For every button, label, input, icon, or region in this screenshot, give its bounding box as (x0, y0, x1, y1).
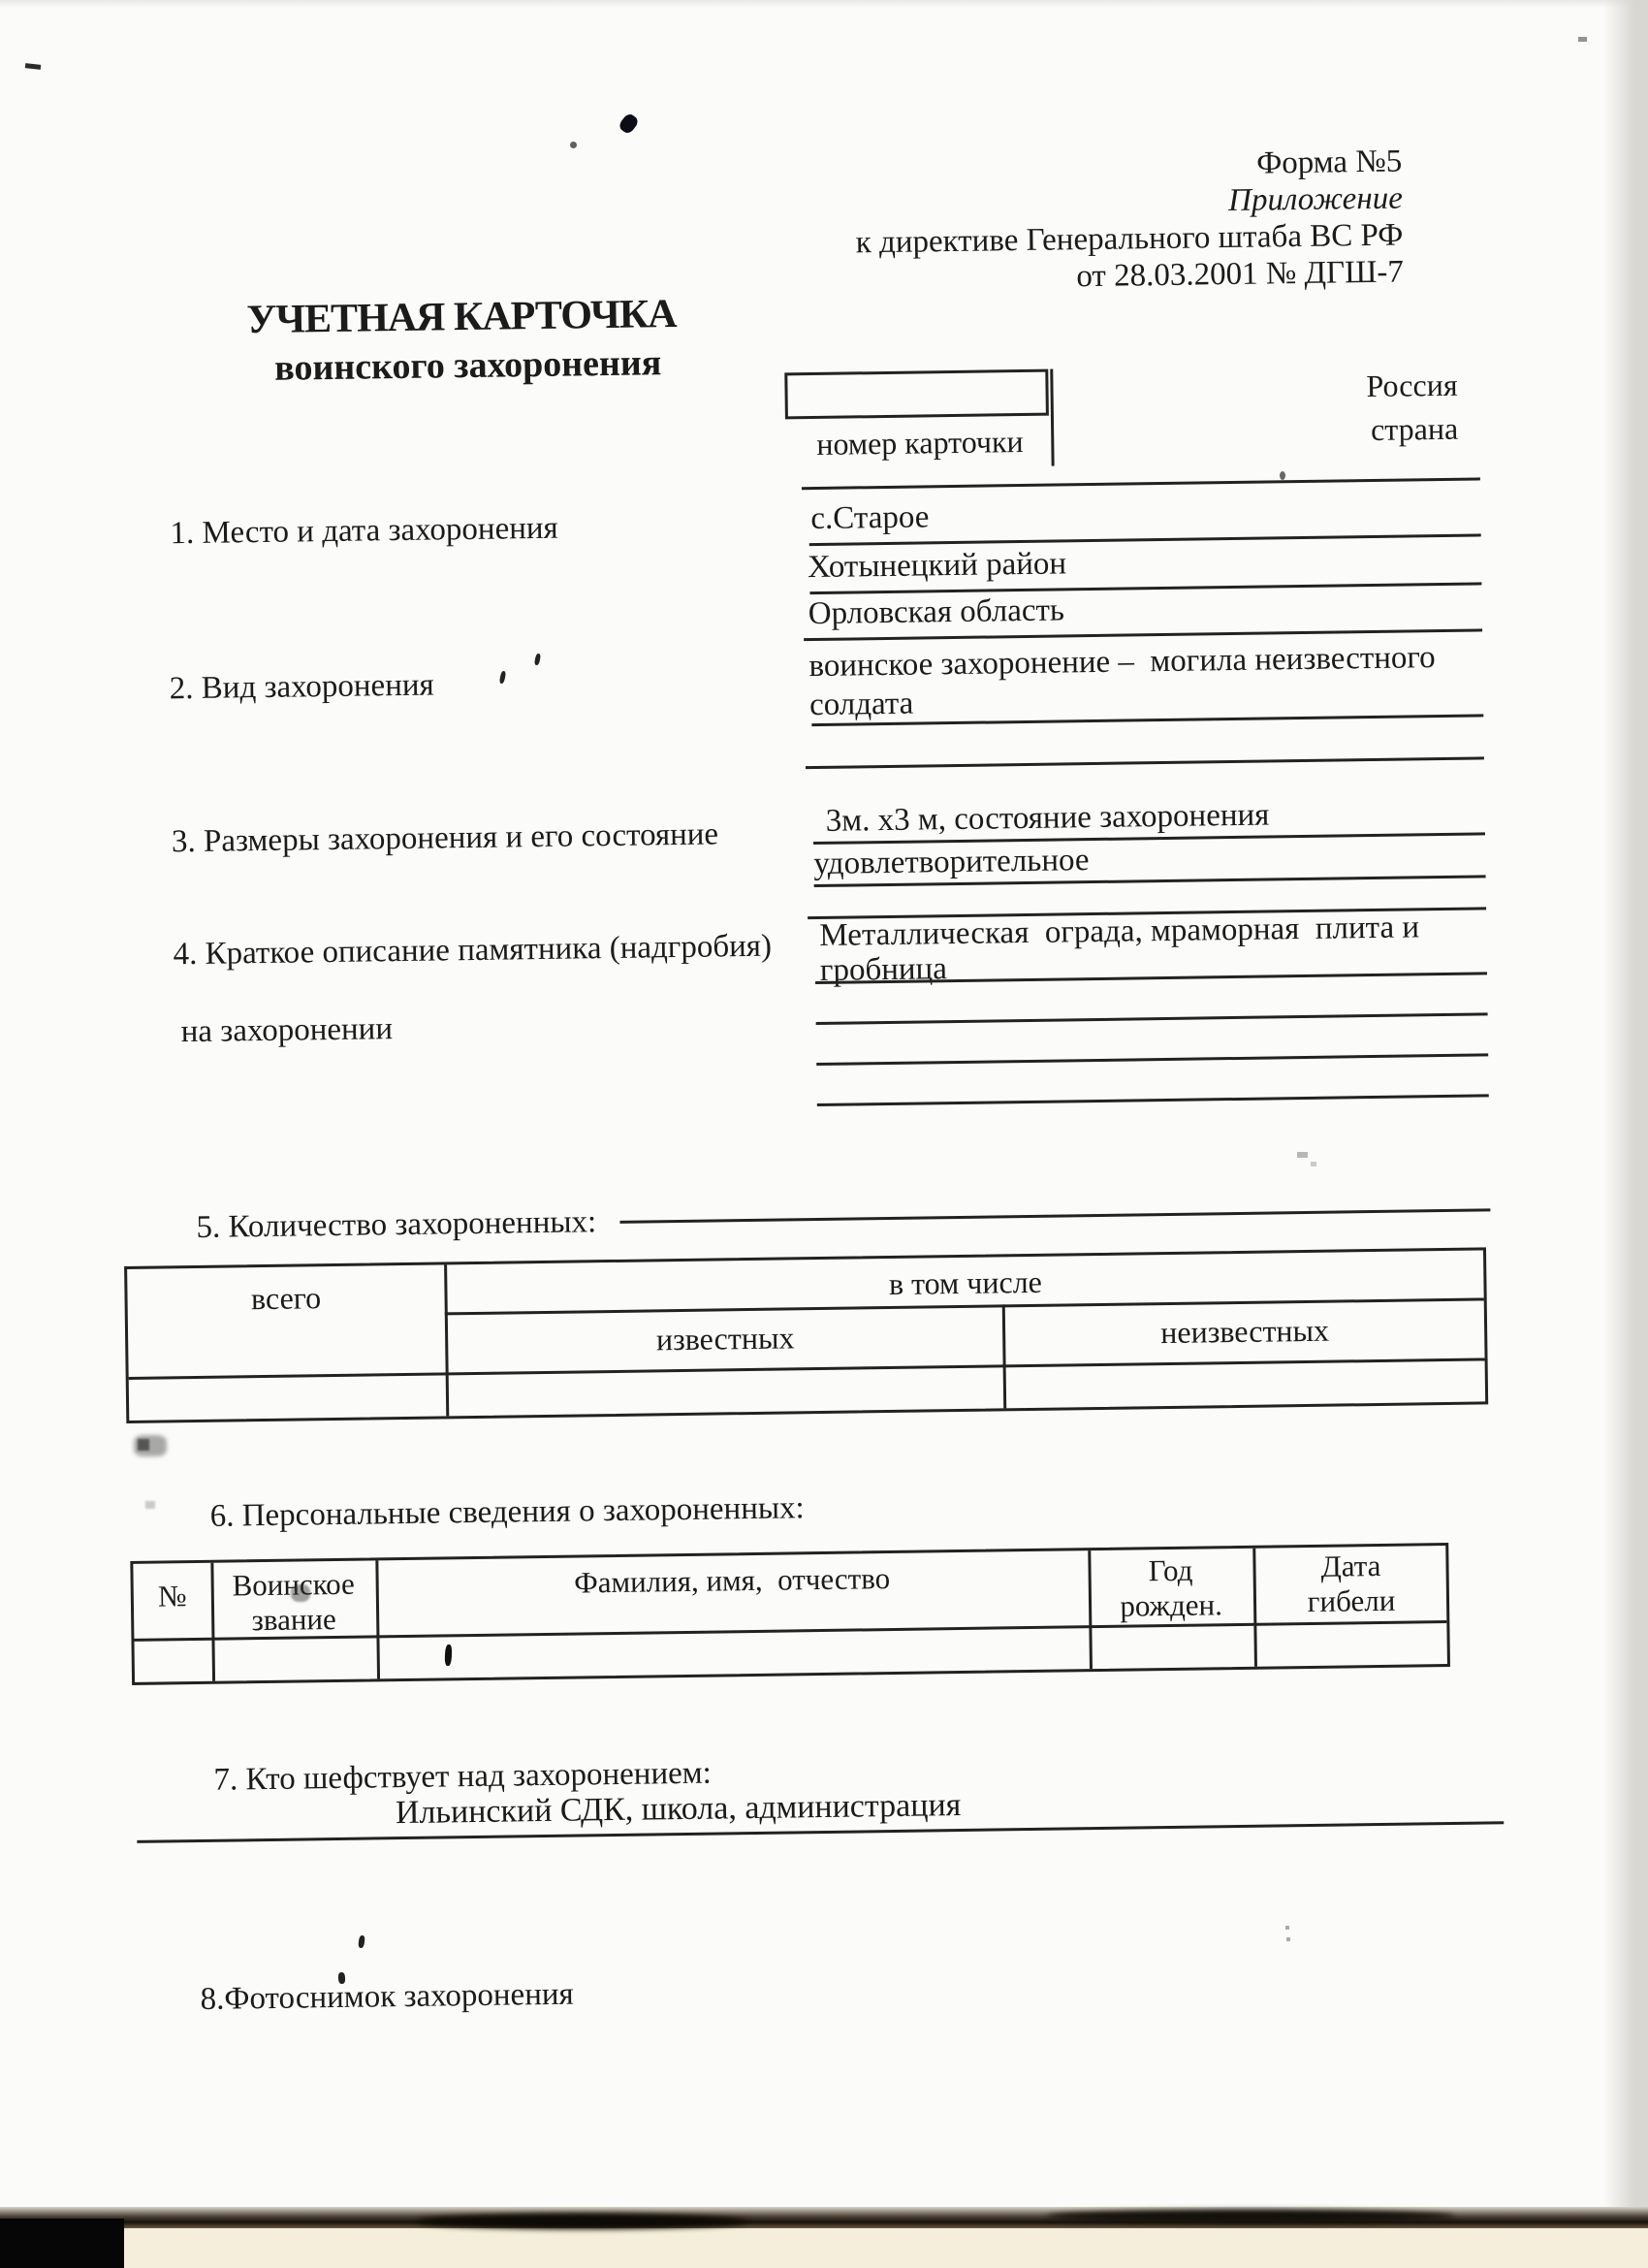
scan-bottom-strip (0, 2225, 1648, 2268)
form-content: Форма №5 Приложение к директиве Генераль… (0, 0, 1648, 2268)
field-type-label: 2. Вид захоронения (170, 667, 434, 709)
rule-line (816, 1012, 1488, 1025)
place-value-2: Хотынецкий район (808, 545, 1066, 587)
field-photo-label: 8.Фотоснимок захоронения (200, 1976, 574, 2019)
field-place-label: 1. Место и дата захоронения (170, 510, 558, 554)
personal-header-birth-1: Год (1091, 1552, 1250, 1589)
ink-speck (1297, 1152, 1308, 1158)
ink-speck (1280, 471, 1285, 480)
size-value-1: 3м. х3 м, состояние захоронения (825, 796, 1269, 840)
personal-header-death-2: гибели (1256, 1582, 1446, 1620)
scan-right-edge (1603, 0, 1648, 2268)
count-cell-unknown (1006, 1364, 1485, 1406)
page-title: УЧЕТНАЯ КАРТОЧКА (246, 291, 677, 345)
scan-edge-shadow (1047, 2210, 1454, 2222)
personal-header-death-1: Дата (1255, 1548, 1445, 1585)
corner-note: Форма №5 Приложение к директиве Генераль… (801, 144, 1404, 300)
field-personal-label: 6. Персональные сведения о захороненных: (209, 1489, 805, 1535)
ink-speck (1311, 1162, 1316, 1166)
field-count-label: 5. Количество захороненных: (196, 1203, 596, 1247)
scan-top-edge (0, 0, 1648, 8)
card-number-label: номер карточки (816, 424, 1024, 463)
type-value-2: солдата (809, 686, 914, 724)
field-monument-label-2: на захоронении (180, 1010, 393, 1051)
place-value-3: Орловская область (808, 591, 1064, 633)
ink-smudge (291, 1584, 310, 1602)
personal-table: № Воинское звание Фамилия, имя, отчество… (130, 1543, 1450, 1685)
card-number-box-tick (1050, 369, 1054, 466)
country-value: Россия (1224, 364, 1458, 410)
rule-line (816, 1053, 1488, 1066)
count-cell-known (449, 1371, 1003, 1414)
country-label: страна (1225, 407, 1459, 454)
personal-header-rank-2: звание (214, 1601, 373, 1638)
personal-cell-death (1256, 1627, 1446, 1663)
personal-header-no: № (134, 1579, 211, 1614)
scan-edge-shadow (417, 2214, 746, 2229)
monument-value-2: гробница (820, 950, 947, 990)
ink-speck (145, 1501, 155, 1509)
count-header-unknown: неизвестных (1005, 1310, 1484, 1353)
ink-speck (1285, 1926, 1289, 1930)
personal-cell-birth (1092, 1630, 1251, 1665)
ink-speck (1578, 37, 1587, 42)
rule-line (806, 756, 1484, 769)
personal-header-name: Фамилия, имя, отчество (378, 1558, 1085, 1603)
type-value-1: воинское захоронение – могила неизвестно… (808, 639, 1436, 686)
count-header-total: всего (127, 1278, 444, 1319)
personal-header-birth-2: рожден. (1092, 1587, 1251, 1624)
count-header-known: известных (448, 1317, 1002, 1360)
place-value-1: с.Старое (810, 498, 930, 538)
card-number-box (784, 369, 1049, 420)
ink-speck (338, 1972, 346, 1984)
scan-corner-black (0, 2219, 124, 2268)
ink-speck (570, 142, 577, 148)
scanned-form-page: Форма №5 Приложение к директиве Генераль… (0, 0, 1648, 2268)
field-monument-label: 4. Краткое описание памятника (надгробия… (173, 928, 772, 974)
size-value-2: удовлетворительное (813, 842, 1090, 883)
country-block: Россия страна (1224, 364, 1458, 454)
count-table: всего в том числе известных неизвестных (124, 1247, 1488, 1423)
page-subtitle: воинского захоронения (274, 341, 662, 390)
rule-line (817, 1094, 1489, 1106)
ink-speck (1286, 1937, 1290, 1941)
personal-cell-rank (215, 1642, 374, 1677)
field-size-label: 3. Размеры захоронения и его состояние (172, 815, 719, 861)
rule-line (802, 477, 1480, 490)
ink-smudge (138, 1439, 149, 1451)
count-section-rule (619, 1208, 1490, 1224)
personal-cell-name (380, 1632, 1087, 1675)
count-cell-total (129, 1379, 446, 1419)
personal-cell-no (135, 1645, 212, 1678)
field-patron-value: Ильинский СДК, школа, администрация (396, 1786, 962, 1833)
